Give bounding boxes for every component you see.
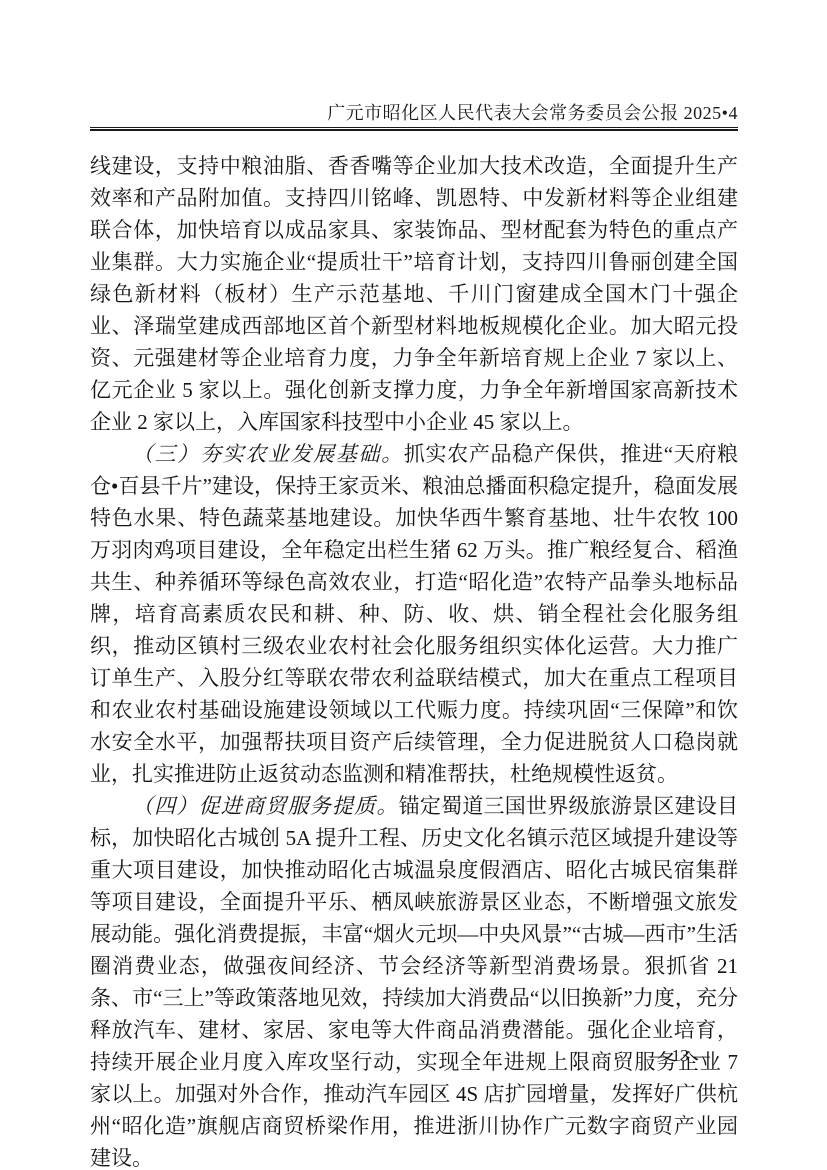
document-body: 线建设，支持中粮油脂、香香嘴等企业加大技术改造，全面提升生产效率和产品附加值。支… — [90, 150, 738, 1170]
page-number: — 13 — — [90, 1046, 710, 1066]
body-paragraph-continuation: 线建设，支持中粮油脂、香香嘴等企业加大技术改造，全面提升生产效率和产品附加值。支… — [90, 150, 738, 438]
section-heading-4: （四）促进商贸服务提质。 — [132, 794, 399, 818]
header-title: 广元市昭化区人民代表大会常务委员会公报 2025•4 — [90, 99, 738, 125]
header-rule — [90, 127, 738, 131]
paragraph-text: 锚定蜀道三国世界级旅游景区建设目标，加快昭化古城创 5A 提升工程、历史文化名镇… — [90, 794, 738, 1170]
body-paragraph-section-3: （三）夯实农业发展基础。抓实农产品稳产保供，推进“天府粮仓•百县千片”建设，保持… — [90, 438, 738, 790]
header-rule-thick-line — [90, 129, 738, 131]
paragraph-text: 线建设，支持中粮油脂、香香嘴等企业加大技术改造，全面提升生产效率和产品附加值。支… — [90, 154, 738, 434]
body-paragraph-section-4: （四）促进商贸服务提质。锚定蜀道三国世界级旅游景区建设目标，加快昭化古城创 5A… — [90, 790, 738, 1170]
document-page: 广元市昭化区人民代表大会常务委员会公报 2025•4 线建设，支持中粮油脂、香香… — [0, 0, 827, 1170]
paragraph-text: 抓实农产品稳产保供，推进“天府粮仓•百县千片”建设，保持王家贡米、粮油总播面积稳… — [90, 442, 738, 786]
section-heading-3: （三）夯实农业发展基础。 — [132, 442, 404, 466]
